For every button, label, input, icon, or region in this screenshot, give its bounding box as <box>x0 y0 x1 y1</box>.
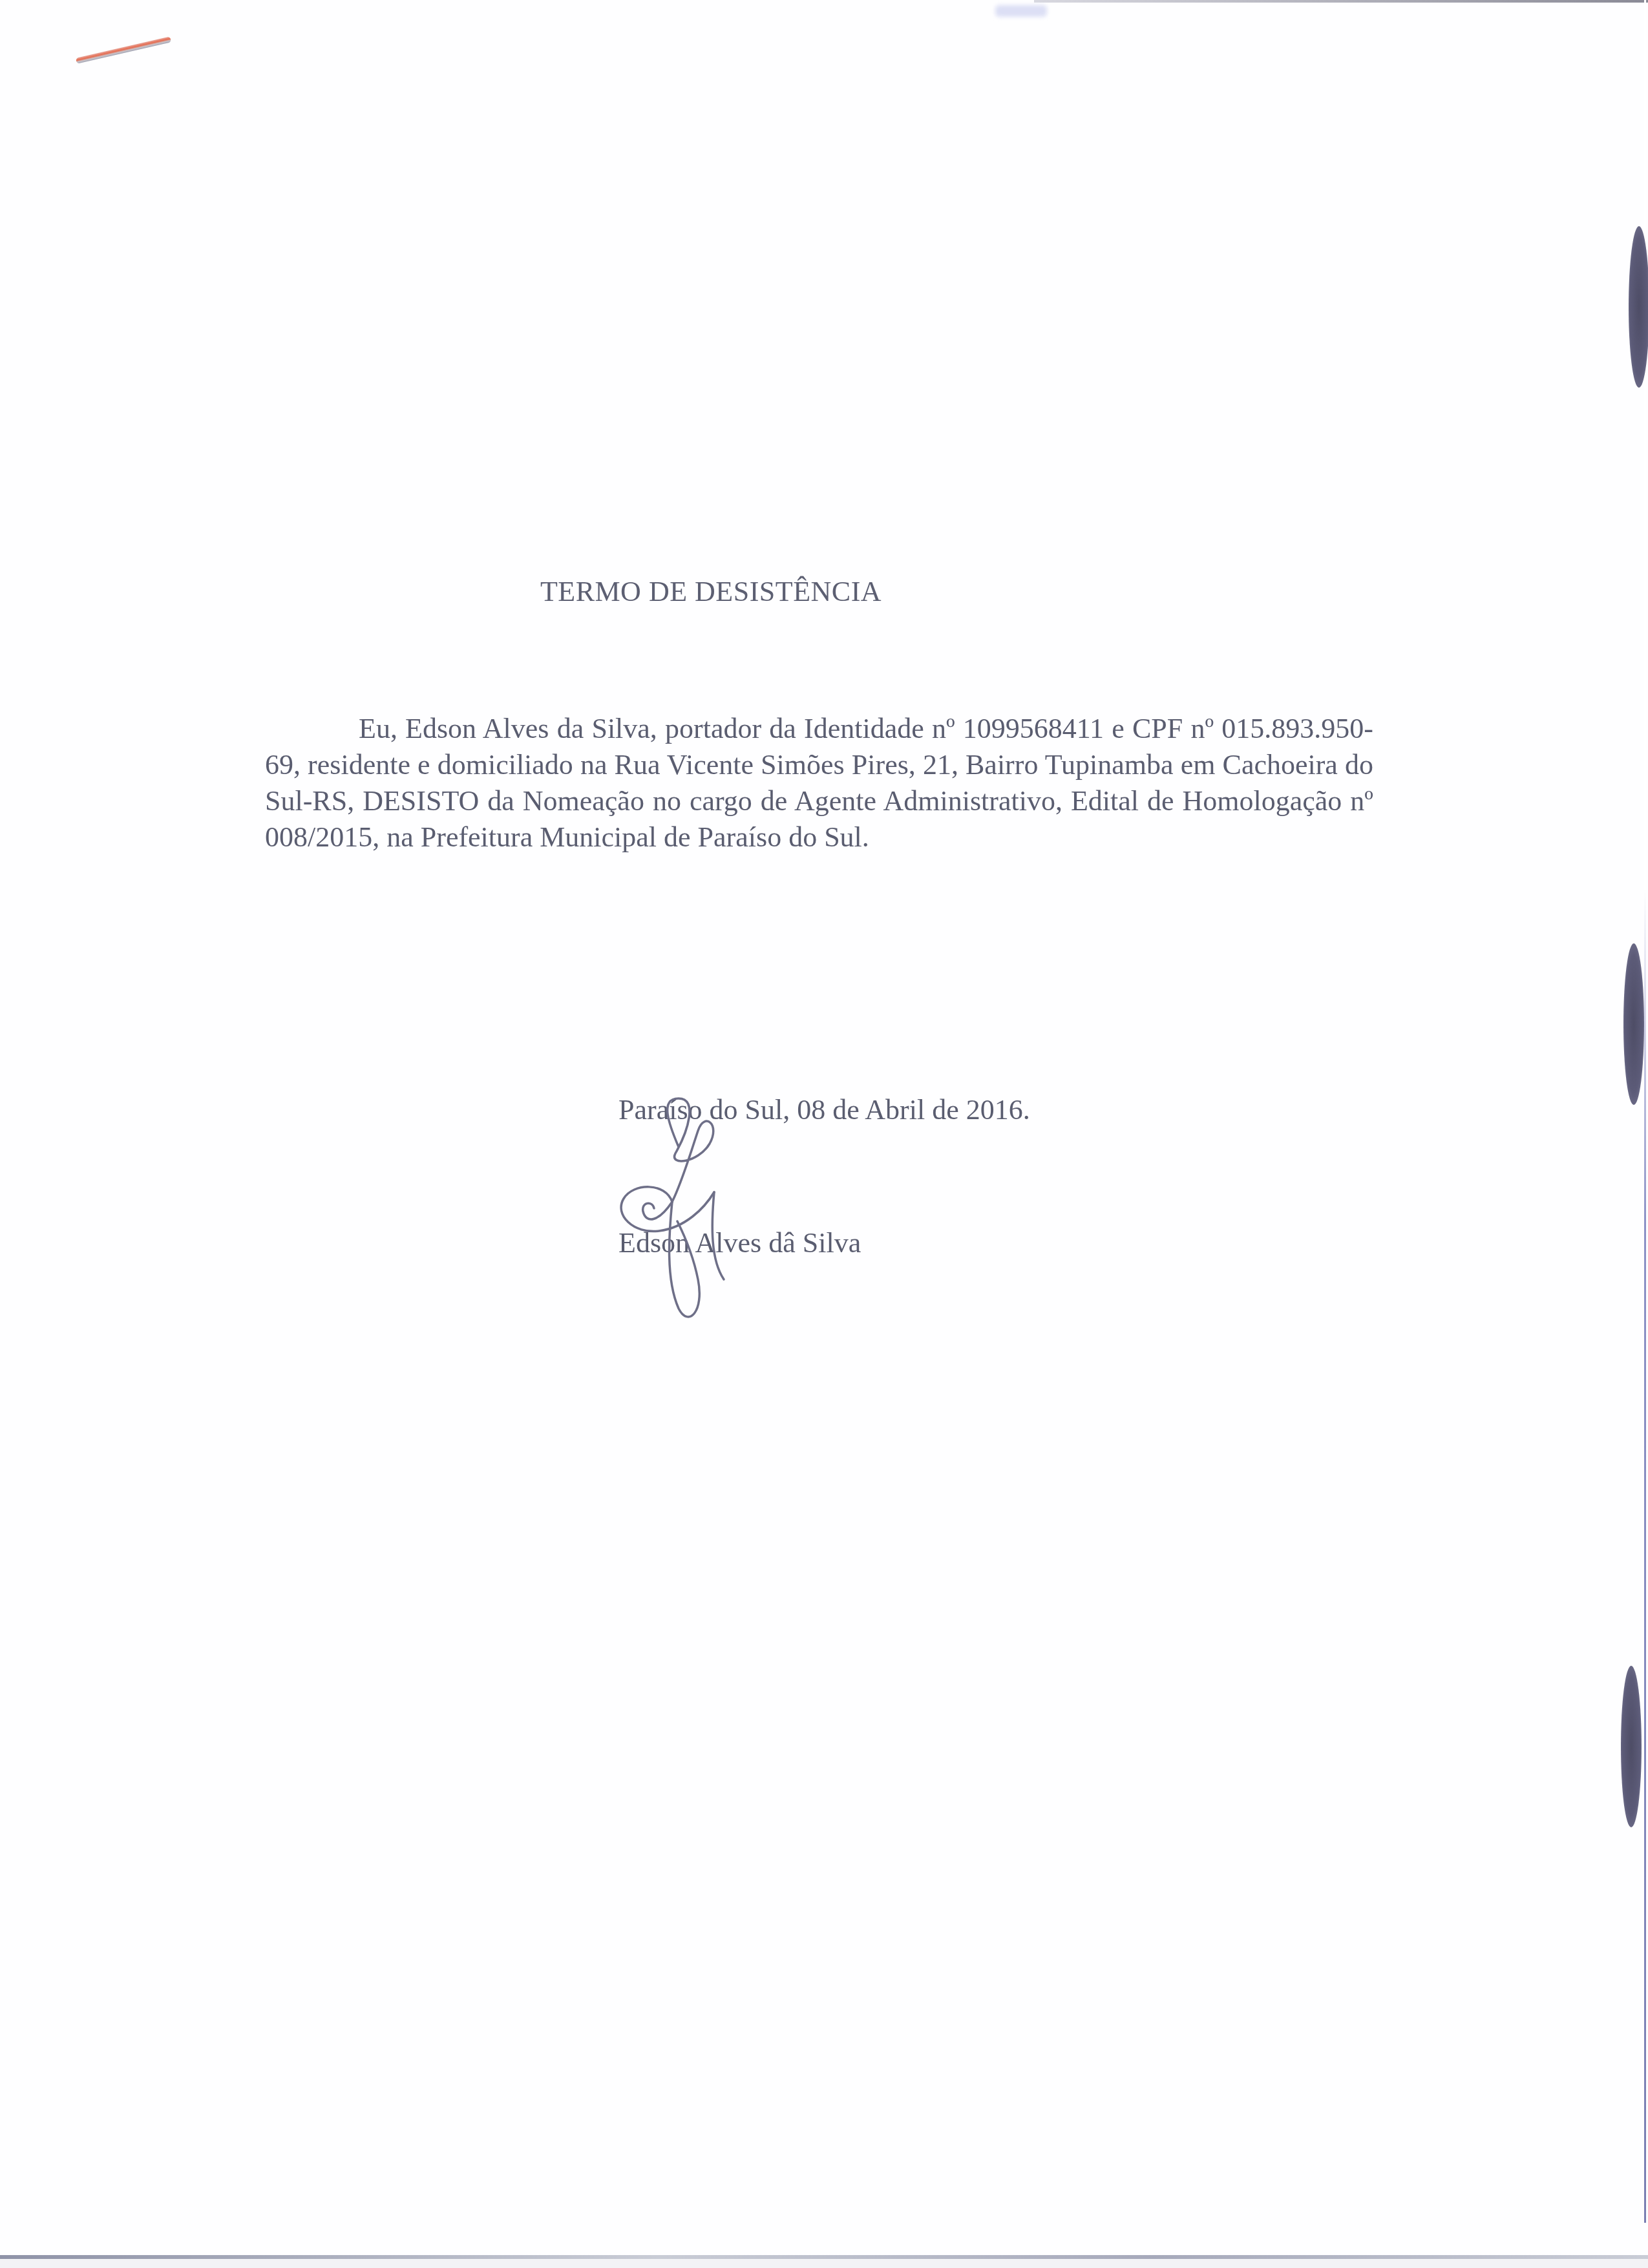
punch-hole-icon <box>1623 943 1644 1105</box>
scan-top-edge <box>1034 0 1648 3</box>
scan-smudge <box>995 5 1047 17</box>
document-body: Eu, Edson Alves da Silva, portador da Id… <box>265 711 1373 856</box>
staple-clip-mark-icon <box>76 36 171 64</box>
scan-bottom-margin <box>0 2259 1648 2268</box>
punch-hole-icon <box>1629 226 1648 388</box>
scanned-page: TERMO DE DESISTÊNCIA Eu, Edson Alves da … <box>0 0 1648 2268</box>
document-title: TERMO DE DESISTÊNCIA <box>0 575 1422 608</box>
handwritten-signature-icon <box>607 1086 776 1331</box>
punch-hole-icon <box>1621 1666 1642 1827</box>
document-title-text: TERMO DE DESISTÊNCIA <box>540 575 882 608</box>
body-paragraph: Eu, Edson Alves da Silva, portador da Id… <box>265 711 1373 856</box>
